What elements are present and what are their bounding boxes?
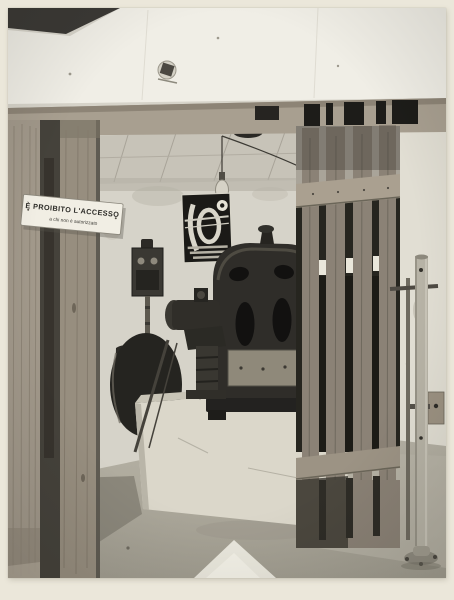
photo-scene: È PROIBITO L'ACCESSO a chi non è autoriz… bbox=[8, 8, 446, 578]
vignette bbox=[8, 8, 446, 578]
photograph: È PROIBITO L'ACCESSO a chi non è autoriz… bbox=[8, 8, 446, 578]
album-page: È PROIBITO L'ACCESSO a chi non è autoriz… bbox=[0, 0, 454, 600]
